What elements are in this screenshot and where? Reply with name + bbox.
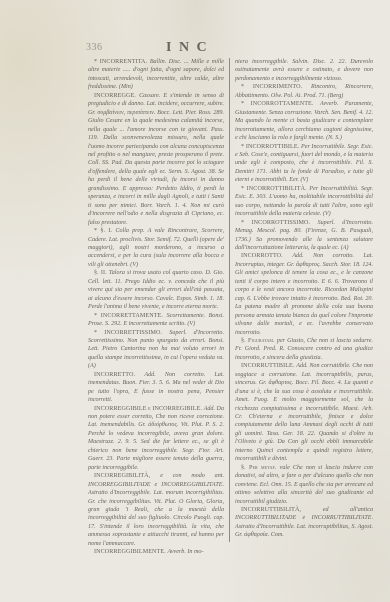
entry-definition: Avverb. In mo- — [167, 549, 203, 555]
entry-headword: INCORREGIBILITÀ, — [94, 473, 160, 479]
entry-headword: INCORROTTO. — [241, 253, 292, 259]
column-rule — [229, 58, 230, 542]
entry-headword: §. II. — [94, 270, 109, 276]
dictionary-entry: * INCORRENTITA. Ballin. Disc. ... Mille … — [88, 58, 224, 92]
entry-definition: Add. Non corruttibile. Che non soggiace … — [235, 363, 373, 462]
entry-headword: * INCORRETTAMENTE. — [94, 313, 167, 319]
entry-definition: Talora si trova usato col quarto caso. D… — [88, 270, 224, 310]
running-head: I N C — [166, 40, 209, 56]
dictionary-entry: §. Per metaf. vale Che non si lascia ind… — [235, 464, 373, 506]
dictionary-entry: * INCORRIMENTO. Rincontro, Rincorrere, A… — [235, 83, 373, 100]
entry-headword: §. Per metaf. — [241, 465, 280, 471]
entry-definition: e con modo ant. INCORREGGIBILITADE e INC… — [88, 473, 224, 547]
dictionary-entry: * INCORROTTIBILE. Per Incorruttibile. Se… — [235, 143, 373, 185]
dictionary-entry: * INCORROTTAMENTE. Avverb. Puramente, Gi… — [235, 100, 373, 142]
dictionary-entry: §. Figuratam. per Giusto, Che non si las… — [235, 337, 373, 362]
entry-headword: INCORREGGIBILMENTE. — [94, 549, 167, 555]
left-column: * INCORRENTITA. Ballin. Disc. ... Mille … — [88, 58, 224, 557]
dictionary-entry: INCORREGGIBILMENTE. Avverb. In mo- — [88, 548, 224, 556]
entry-headword: INCORRUTTIBILE. — [241, 363, 296, 369]
page-number: 336 — [86, 42, 103, 53]
entry-headword: * INCORROTTIBILITÀ. — [241, 186, 309, 192]
dictionary-entry: INCORREGIBILITÀ, e con modo ant. INCORRE… — [88, 472, 224, 548]
dictionary-entry: * INCORROTTISSIMO. Superl. d'Incorrotto.… — [235, 219, 373, 253]
dictionary-entry: * INCORRETTISSIMO. Superl. d'Incorretto.… — [88, 329, 224, 371]
dictionary-entry: INCORRUTTIBILITÀ, ed all'antica INCORRUT… — [235, 506, 373, 540]
entry-headword: * §. I. — [94, 228, 115, 234]
entry-headword: INCORRETTO. — [94, 372, 144, 378]
book-page: 336 I N C * INCORRENTITA. Ballin. Disc. … — [0, 0, 390, 602]
right-column: niera incorreggibile. Salvin. Disc. 2. 2… — [235, 58, 373, 540]
entry-headword: * INCORROTTISSIMO. — [241, 220, 318, 226]
dictionary-entry: * INCORROTTIBILITÀ. Per Incorruttibilità… — [235, 185, 373, 219]
entry-headword: §. Figuratam. — [241, 338, 277, 344]
page-header: 336 I N C — [86, 40, 376, 56]
entry-headword: * INCORRIMENTO. — [241, 84, 311, 90]
entry-headword: INCORREGGIBILE e INCORREGIBILE. — [94, 406, 204, 412]
dictionary-entry: INCORROTTO. Add. Non corrotto. Lat. Inco… — [235, 252, 373, 337]
entry-headword: * INCORRETTISSIMO. — [94, 330, 169, 336]
entry-headword: INCORREGGE. — [94, 93, 139, 99]
dictionary-entry: niera incorreggibile. Salvin. Disc. 2. 2… — [235, 58, 373, 83]
dictionary-entry: INCORRUTTIBILE. Add. Non corruttibile. C… — [235, 362, 373, 463]
dictionary-entry: * INCORRETTAMENTE. Scorrettamente. Bonsi… — [88, 312, 224, 329]
dictionary-entry: §. II. Talora si trova usato col quarto … — [88, 269, 224, 311]
entry-definition: Cassare. E s'intende in senso di pregiud… — [88, 93, 224, 226]
entry-headword: INCORRUTTIBILITÀ, — [241, 507, 323, 513]
entry-headword: * INCORROTTIBILE. — [241, 144, 301, 150]
entry-definition: niera incorreggibile. Salvin. Disc. 2. 2… — [235, 59, 373, 82]
entry-headword: * INCORRENTITA. — [94, 59, 150, 65]
dictionary-entry: INCORRETTO. Add. Non corretto. Lat. inem… — [88, 371, 224, 405]
dictionary-entry: * §. I. Colla prep. A vale Rincontrare, … — [88, 227, 224, 269]
dictionary-entry: INCORREGGE. Cassare. E s'intende in sens… — [88, 92, 224, 227]
entry-definition: Add. Non corrotto. Lat. Incorruptus, int… — [235, 253, 373, 335]
entry-definition: Add. Da non potere esser corretto, Che n… — [88, 406, 224, 471]
dictionary-entry: INCORREGGIBILE e INCORREGIBILE. Add. Da … — [88, 405, 224, 473]
entry-headword: * INCORROTTAMENTE. — [241, 101, 320, 107]
